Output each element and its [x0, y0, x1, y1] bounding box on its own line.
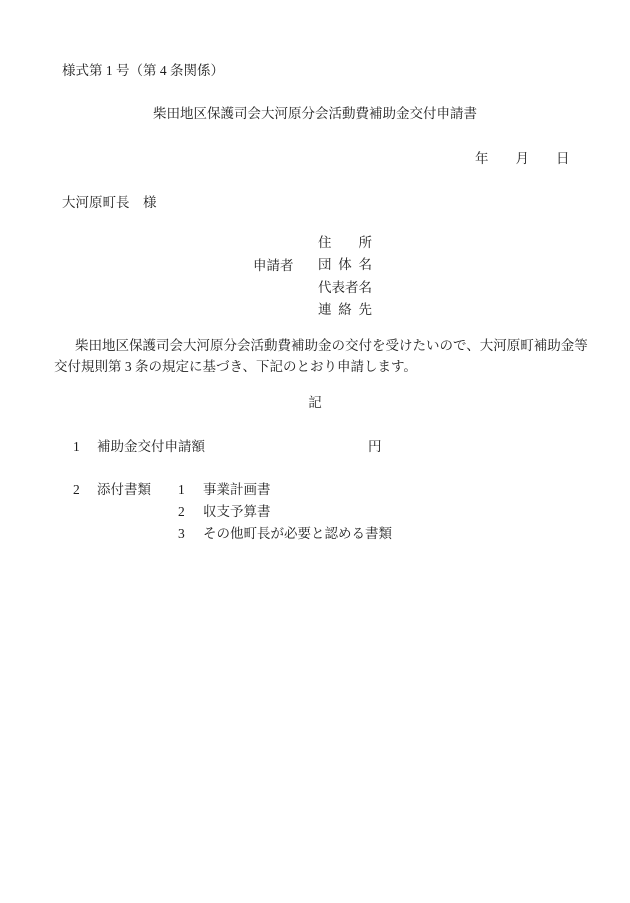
recipient-line: 大河原町長 様	[62, 196, 157, 210]
document-title: 柴田地区保護司会大河原分会活動費補助金交付申請書	[0, 107, 630, 121]
attachment-3-number: 3	[178, 527, 185, 541]
attachment-2-number: 2	[178, 505, 185, 519]
item-1-number: 1	[73, 440, 80, 454]
applicant-field-address: 住所	[318, 236, 372, 258]
applicant-fields: 住所 団体名 代表者名 連絡先	[318, 236, 372, 326]
date-line: 年 月 日	[475, 152, 570, 166]
form-number: 様式第 1 号（第 4 条関係）	[62, 64, 224, 78]
item-2-label: 添付書類	[97, 483, 151, 497]
document-page: 様式第 1 号（第 4 条関係） 柴田地区保護司会大河原分会活動費補助金交付申請…	[0, 0, 630, 903]
item-1-unit: 円	[368, 440, 382, 454]
attachment-1-label: 事業計画書	[203, 483, 271, 497]
record-marker: 記	[0, 396, 630, 410]
item-2-number: 2	[73, 483, 80, 497]
body-paragraph-line1: 柴田地区保護司会大河原分会活動費補助金の交付を受けたいので、大河原町補助金等	[75, 339, 588, 353]
attachment-2-label: 収支予算書	[203, 505, 271, 519]
item-1-label: 補助金交付申請額	[97, 440, 205, 454]
applicant-field-organization: 団体名	[318, 258, 372, 280]
attachment-3-label: その他町長が必要と認める書類	[203, 527, 392, 541]
attachment-1-number: 1	[178, 483, 185, 497]
applicant-label: 申請者	[253, 259, 294, 273]
applicant-field-representative: 代表者名	[318, 281, 372, 303]
body-paragraph-line2: 交付規則第 3 条の規定に基づき、下記のとおり申請します。	[54, 360, 417, 374]
applicant-field-contact: 連絡先	[318, 303, 372, 325]
